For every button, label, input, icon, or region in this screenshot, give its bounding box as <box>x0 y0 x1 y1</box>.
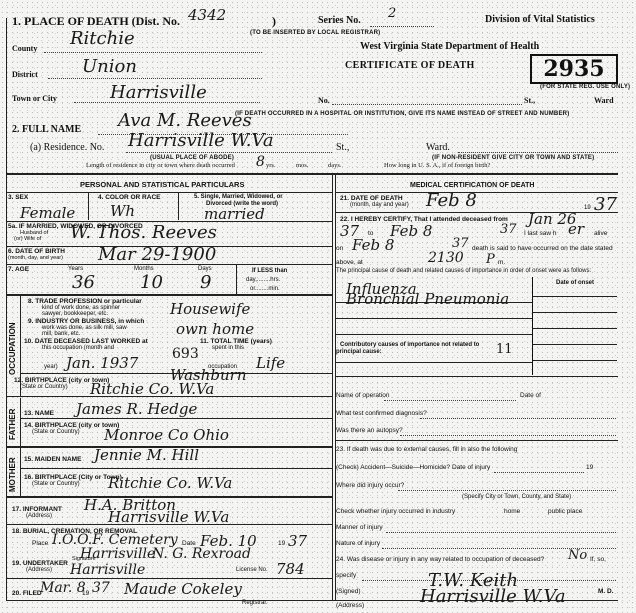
mos-label: mos. <box>296 162 308 169</box>
manner-label: Manner of injury <box>336 524 383 531</box>
onset-header: Date of onset <box>556 280 594 286</box>
length-residence-label: Length of residence in city or town wher… <box>86 162 235 169</box>
total-time-label-2: spent in this <box>212 345 244 351</box>
last-saw-date: Feb 8 <box>352 236 394 254</box>
length-residence-years: 8 <box>256 154 265 170</box>
operation-label: Name of operation <box>336 392 389 399</box>
total-time-value: Life <box>256 354 285 372</box>
dod-label: 21. DATE OF DEATH <box>340 195 403 202</box>
race-value: Wh <box>110 202 135 220</box>
filed-year: 37 <box>92 580 110 596</box>
district-label: District <box>12 70 38 79</box>
margin-note: 693 <box>172 346 199 362</box>
occupational-answer: No <box>568 548 587 563</box>
license-label: License No. <box>236 567 268 573</box>
series-label: Series No. <box>318 15 361 26</box>
father-name-value: James R. Hedge <box>76 400 197 418</box>
burial-place-label: Place <box>32 540 48 547</box>
time-value: 2130 <box>428 250 464 266</box>
spouse-value: W. Thos. Reeves <box>70 222 217 243</box>
industry-check-label: Check whether injury occurred in industr… <box>336 508 455 515</box>
county-label: County <box>12 44 37 53</box>
district-value: Union <box>82 56 137 77</box>
nature-label: Nature of injury <box>336 540 380 547</box>
contributory-mark: 11 <box>496 342 513 357</box>
father-birthplace-sub: (State or Country) <box>32 429 80 435</box>
last-worked-label-1: 10. DATE DECEASED LAST WORKED at <box>24 338 148 345</box>
marital-label-1: 5. Single, Married, Widowed, or <box>194 194 283 200</box>
registrar-label: Registrar. <box>242 600 268 606</box>
home-label: home <box>504 508 520 515</box>
sex-value: Female <box>20 204 75 222</box>
town-value: Harrisville <box>110 82 207 103</box>
external-label: 23. If death was due to external causes,… <box>336 446 517 453</box>
residence-st-label: St., <box>336 142 349 153</box>
age-days-value: 9 <box>200 272 211 293</box>
state-number-box: 2935 <box>530 54 618 84</box>
age-years-value: 36 <box>72 272 95 293</box>
full-name-label: 2. FULL NAME <box>12 124 81 135</box>
town-no-label: No. <box>318 96 330 105</box>
father-birthplace-value: Monroe Co Ohio <box>104 426 229 444</box>
trade-label-3: sawyer, bookkeeper, etc. <box>42 311 108 317</box>
burial-year-prefix: 19 <box>278 540 285 547</box>
mother-birthplace-value: Ritchie Co. W.Va <box>108 474 232 492</box>
operation-date-label: Date of <box>520 392 541 399</box>
last-saw-year: 37 <box>452 236 469 251</box>
injury-year-prefix: 19 <box>586 464 593 471</box>
if-so-label: If, so, <box>590 556 606 563</box>
town-st-label: St., <box>524 96 535 105</box>
maiden-name-value: Jennie M. Hill <box>94 446 199 464</box>
header-divider <box>6 173 618 175</box>
contributory-label-2: principal cause: <box>336 349 382 355</box>
spouse-sub-2: (or) Wife of <box>14 236 41 242</box>
residence-value: Harrisville W.Va <box>128 130 274 151</box>
to-year: 37 <box>500 222 517 237</box>
filed-year-prefix: 19 <box>82 590 89 597</box>
cause-2: Bronchial Pneumonia <box>346 290 509 308</box>
undertaker-name: N. G. Rexroad <box>152 546 251 562</box>
father-name-label: 13. NAME <box>24 410 54 417</box>
md-label: M. D. <box>598 588 614 595</box>
filed-label: 20. FILED <box>12 590 42 597</box>
age-label: 7. AGE <box>8 266 29 273</box>
non-resident-note: (IF NON-RESIDENT GIVE CITY OR TOWN AND S… <box>432 155 594 161</box>
full-name-value: Ava M. Reeves <box>118 110 252 131</box>
undertaker-address: Harrisville <box>70 562 145 578</box>
age-months-value: 10 <box>140 272 163 293</box>
less-than-label: If LESS than <box>252 268 287 274</box>
signed-label: (Signed) <box>336 588 361 595</box>
town-label: Town or City <box>12 94 57 103</box>
hospital-note: (IF DEATH OCCURRED IN A HOSPITAL OR INST… <box>235 111 569 117</box>
mother-birthplace-sub: (State or Country) <box>32 481 80 487</box>
day-hrs-label: day,........hrs. <box>246 277 280 283</box>
maiden-name-label: 15. MAIDEN NAME <box>24 456 81 463</box>
industry-label-3: mill, bank, etc. <box>42 331 80 337</box>
town-ward-label: Ward <box>594 96 614 105</box>
last-saw-label: I last saw h <box>524 230 557 237</box>
undertaker-label: 19. UNDERTAKER <box>12 560 68 567</box>
physician-address-label: (Address) <box>336 602 364 609</box>
certificate-title: CERTIFICATE OF DEATH <box>345 60 475 71</box>
physician-address: Harrisville W.Va <box>420 586 566 607</box>
burial-year-value: 37 <box>288 532 307 550</box>
birthplace-sub: (State or Country) <box>20 384 68 390</box>
contributory-label-1: Contributory causes of importance not re… <box>340 342 479 348</box>
cause-header: The principal cause of death and related… <box>336 268 591 274</box>
filed-date: Mar. 8 <box>40 580 86 596</box>
time-suffix: P <box>486 252 495 267</box>
where-label: Where did injury occur? <box>336 482 404 489</box>
total-time-label-1: 11. TOTAL TIME (years) <box>200 338 272 345</box>
autopsy-label: Was there an autopsy? <box>336 427 403 434</box>
registrar-name: Maude Cokeley <box>124 580 242 598</box>
trade-value: Housewife <box>170 300 250 318</box>
district-number: 4342 <box>188 6 226 24</box>
test-label: What test confirmed diagnosis? <box>336 410 427 417</box>
occupation-side-label: OCCUPATION <box>8 322 17 375</box>
death-said-label: death is said to have occurred on the da… <box>472 245 613 252</box>
specify-label: specify <box>336 572 356 579</box>
county-value: Ritchie <box>70 28 135 49</box>
mother-side-label: MOTHER <box>8 457 17 492</box>
father-side-label: FATHER <box>8 409 17 440</box>
race-label: 4. COLOR OR RACE <box>98 194 160 201</box>
left-border <box>6 18 7 600</box>
attended-to: Feb 8 <box>390 222 432 240</box>
above-at-label: above, at <box>336 259 363 266</box>
department-title: West Virginia State Department of Health <box>360 41 539 52</box>
residence-label: (a) Residence. No. <box>30 142 104 153</box>
alive-label: alive <box>594 230 607 237</box>
center-divider <box>332 175 333 600</box>
last-worked-value: Jan. 1937 <box>66 354 138 372</box>
series-number: 2 <box>388 6 396 21</box>
residence-ward-label: Ward. <box>426 142 450 153</box>
yrs-label: yrs. <box>266 162 276 169</box>
undertaker-sub: (Address) <box>26 567 52 573</box>
state-use-note: (FOR STATE REG. USE ONLY) <box>540 84 630 90</box>
on-label: on <box>336 245 343 252</box>
medical-section-title: MEDICAL CERTIFICATION OF DEATH <box>410 182 534 189</box>
usa-label: How long in U. S. A., if of foreign birt… <box>384 162 490 169</box>
where-sub: (Specify City or Town, County, and State… <box>462 494 571 500</box>
dob-label: 6. DATE OF BIRTH <box>8 248 65 255</box>
dod-value: Feb 8 <box>426 190 477 211</box>
trade-label-1: 8. TRADE PROFESSION or particular <box>28 298 142 305</box>
or-min-label: or........min. <box>250 286 280 292</box>
state-number: 2935 <box>532 56 616 82</box>
industry-value: own home <box>176 320 254 338</box>
m-label: m. <box>498 259 505 266</box>
check-label: (Check) Accident—Suicide—Homicide? Date … <box>336 464 490 471</box>
death-certificate: 1. PLACE OF DEATH (Dist. No. 4342 ) (TO … <box>0 0 636 613</box>
informant-sub: (Address) <box>26 513 52 519</box>
division-title: Division of Vital Statistics <box>485 14 595 25</box>
place-of-death-label: 1. PLACE OF DEATH (Dist. No. <box>12 14 180 29</box>
dob-value: Mar 29-1900 <box>98 244 216 265</box>
days-label: days. <box>328 162 342 169</box>
industry-label-1: 9. INDUSTRY OR BUSINESS, in which <box>28 318 144 325</box>
license-value: 784 <box>276 560 305 578</box>
dod-year-prefix: 19 <box>584 205 591 211</box>
paren: ) <box>272 14 276 29</box>
personal-section-title: PERSONAL AND STATISTICAL PARTICULARS <box>80 180 244 189</box>
last-worked-label-3: year) <box>44 364 58 370</box>
usual-abode-note: (USUAL PLACE OF ABODE) <box>150 155 234 161</box>
informant-label: 17. INFORMANT <box>12 506 62 513</box>
dob-sub: (month, day, and year) <box>8 255 63 261</box>
public-place-label: public place <box>548 508 582 515</box>
last-saw-pronoun: er <box>568 220 584 238</box>
occupational-label: 24. Was disease or injury in any way rel… <box>336 556 544 563</box>
to-be-inserted-note: (TO BE INSERTED BY LOCAL REGISTRAR) <box>250 30 380 36</box>
sex-label: 3. SEX <box>8 194 28 201</box>
dod-sub: (month, day and year) <box>350 202 409 208</box>
last-worked-label-2: this occupation (month and <box>42 345 114 351</box>
